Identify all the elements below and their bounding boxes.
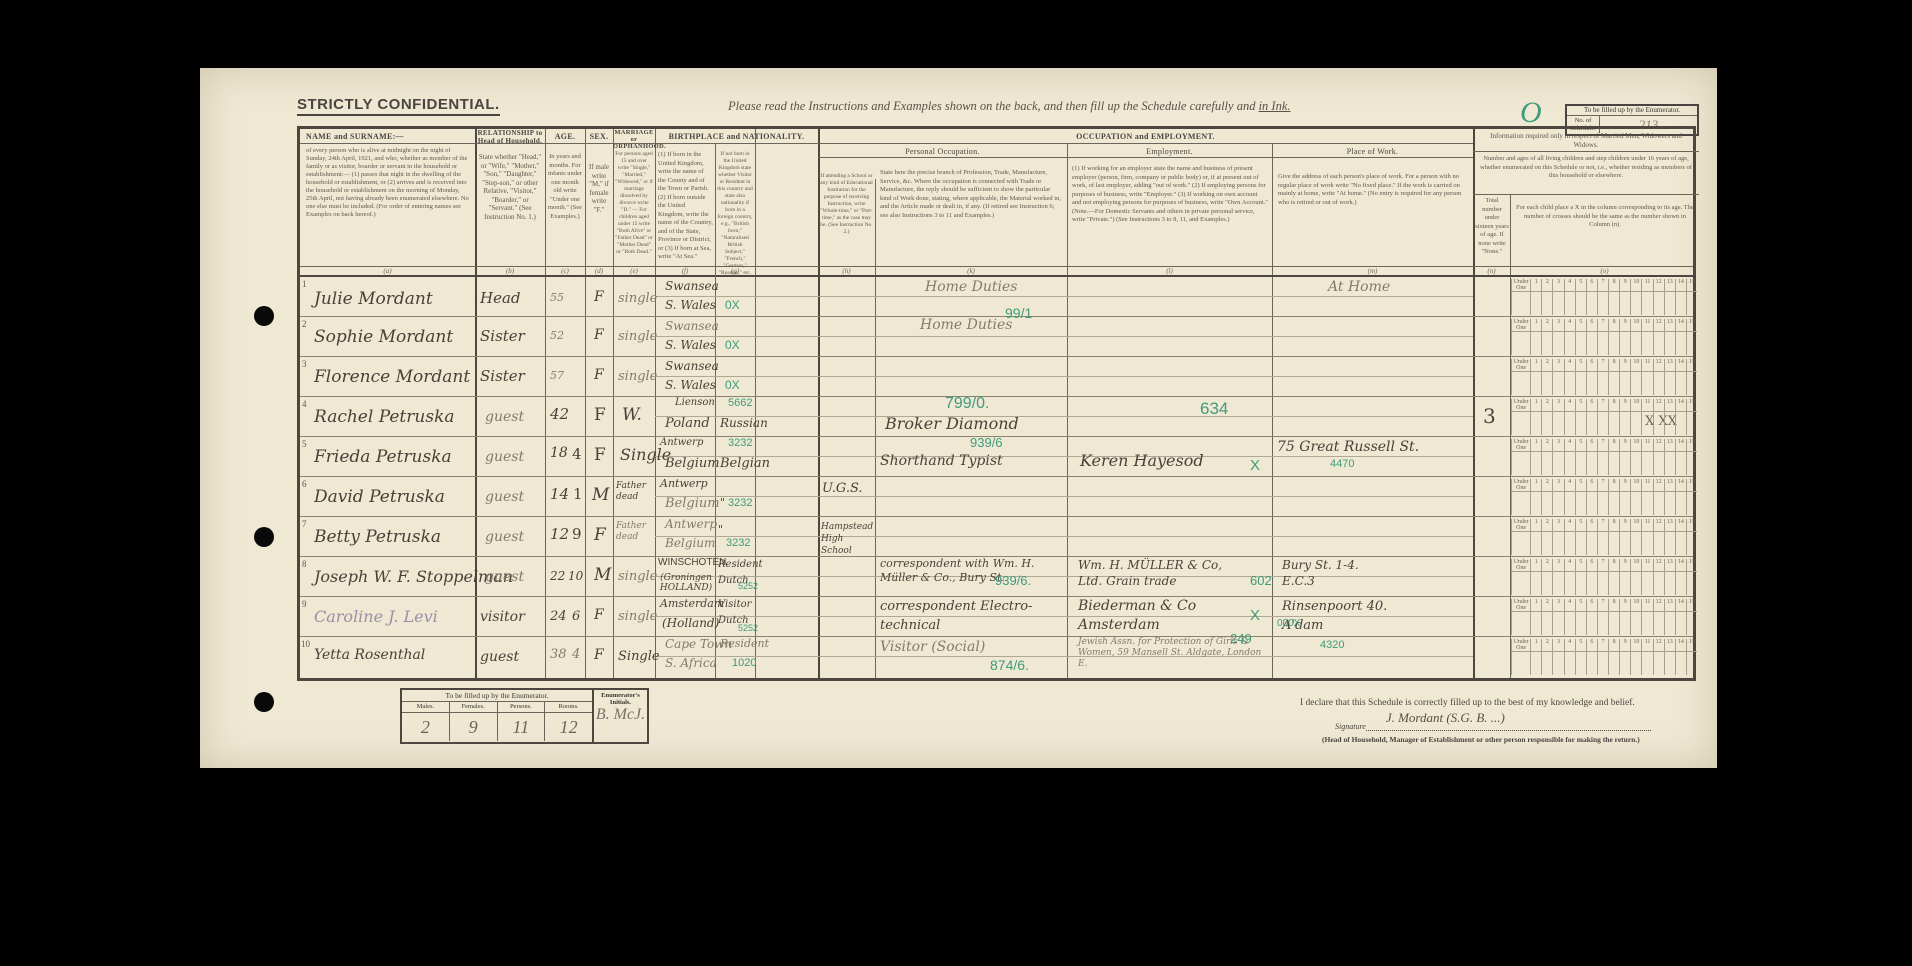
- nationality: ": [720, 496, 725, 509]
- age-label: 13: [1664, 639, 1675, 651]
- age-label: 1: [1530, 399, 1541, 411]
- age-label: Under One: [1511, 319, 1530, 331]
- age-label: 2: [1541, 599, 1552, 611]
- signature-line: SignatureJ. Mordant (S.G. B. ...): [1335, 718, 1651, 731]
- row-number: 1: [302, 279, 307, 289]
- header-child-ages-text: For each child place a X in the column c…: [1515, 204, 1695, 230]
- relationship: guest: [485, 409, 524, 425]
- age-label: 4: [1564, 639, 1575, 651]
- header-personal-occupation: Personal Occupation.: [818, 147, 1067, 156]
- age-label: 13: [1664, 559, 1675, 571]
- header-relationship: RELATIONSHIP to Head of Household.: [475, 129, 545, 145]
- age-label: Under One: [1511, 439, 1530, 451]
- age-label: 8: [1608, 439, 1619, 451]
- initials-label: Enumerator's Initials.: [594, 690, 647, 706]
- rule: [655, 336, 1473, 337]
- persons-label: Persons.: [498, 702, 545, 713]
- person-name: Betty Petruska: [314, 527, 441, 547]
- birthplace-town: Antwerp: [660, 437, 703, 448]
- age-columns-cells: [1511, 492, 1697, 515]
- occupation-code: 799/0.: [945, 395, 989, 413]
- employment-code: 634: [1200, 399, 1228, 419]
- age-label: 5: [1575, 639, 1586, 651]
- divider: [1272, 143, 1273, 678]
- birthplace-town: Swansea: [665, 359, 719, 373]
- age-label: 8: [1608, 319, 1619, 331]
- enumerator-totals-title: To be filled up by the Enumerator.: [402, 690, 592, 702]
- age-label: 2: [1541, 359, 1552, 371]
- school-attendance: U.G.S.: [822, 481, 863, 496]
- age-label: 6: [1586, 559, 1597, 571]
- person-name: Rachel Petruska: [314, 407, 455, 427]
- age-columns-header: Under One123456789101112131415: [1511, 359, 1697, 372]
- males-count: 2: [402, 713, 449, 741]
- marital-status: Father dead: [616, 481, 652, 503]
- age-label: 3: [1552, 399, 1563, 411]
- age-label: 15: [1686, 279, 1697, 291]
- males-label: Males.: [402, 702, 449, 713]
- divider: [875, 179, 876, 678]
- age-label: 3: [1552, 519, 1563, 531]
- age-months: 10: [568, 569, 583, 583]
- declaration-text: I declare that this Schedule is correctl…: [1300, 698, 1635, 708]
- rule: [300, 516, 1693, 517]
- row-number: 3: [302, 359, 307, 369]
- age-label: 1: [1530, 559, 1541, 571]
- marital-status: single: [618, 609, 657, 624]
- age-label: Under One: [1511, 599, 1530, 611]
- age-columns-header: Under One123456789101112131415: [1511, 639, 1697, 652]
- col-letter: (m): [1272, 267, 1473, 275]
- age-months: 4: [572, 647, 580, 662]
- person-name: David Petruska: [314, 487, 445, 507]
- age-label: 13: [1664, 359, 1675, 371]
- age-label: 4: [1564, 559, 1575, 571]
- age-label: 6: [1586, 439, 1597, 451]
- rule: [655, 656, 1473, 657]
- age-label: 9: [1619, 319, 1630, 331]
- age-label: 7: [1597, 559, 1608, 571]
- age-columns-cells: [1511, 652, 1697, 675]
- age-label: 13: [1664, 319, 1675, 331]
- employer: Biederman & Co Amsterdam: [1078, 597, 1248, 635]
- rule: [1473, 151, 1699, 152]
- age-label: 14: [1675, 359, 1686, 371]
- header-nationality-text: If not born in the United Kingdom state …: [717, 151, 753, 277]
- header-sex: SEX.: [585, 132, 613, 141]
- header-birthplace: BIRTHPLACE and NATIONALITY.: [655, 132, 818, 141]
- place-code: 4320: [1320, 639, 1344, 651]
- age-label: 14: [1675, 479, 1686, 491]
- age-label: 9: [1619, 559, 1630, 571]
- age-label: 15: [1686, 599, 1697, 611]
- age-label: 9: [1619, 479, 1630, 491]
- age-label: 1: [1530, 599, 1541, 611]
- age-label: 15: [1686, 479, 1697, 491]
- occupation-code: 874/6.: [990, 657, 1029, 673]
- age-label: 8: [1608, 559, 1619, 571]
- rule: [655, 376, 1473, 377]
- person-name: Frieda Petruska: [314, 447, 452, 467]
- header-children-text: Number and ages of all living children a…: [1478, 155, 1694, 181]
- age-label: Under One: [1511, 399, 1530, 411]
- age-years: 24: [550, 609, 567, 624]
- birthplace-country: (Holland): [662, 616, 719, 630]
- employer: Keren Hayesod: [1080, 451, 1204, 470]
- age-label: 10: [1630, 439, 1641, 451]
- age-label: 10: [1630, 639, 1641, 651]
- birthplace-country: S. Wales: [665, 338, 716, 352]
- age-columns-cells: [1511, 332, 1697, 355]
- age-label: 15: [1686, 559, 1697, 571]
- age-label: 13: [1664, 519, 1675, 531]
- age-label: 6: [1586, 279, 1597, 291]
- occupation-code: 99/1: [1005, 305, 1032, 321]
- age-label: 4: [1564, 439, 1575, 451]
- rule: [655, 496, 1473, 497]
- relationship: guest: [480, 649, 519, 665]
- age-label: 14: [1675, 399, 1686, 411]
- age-label: 5: [1575, 399, 1586, 411]
- marital-status: single: [618, 329, 657, 344]
- sex: M: [594, 565, 611, 585]
- age-label: 3: [1552, 639, 1563, 651]
- rule: [818, 157, 1473, 158]
- age-label: 7: [1597, 599, 1608, 611]
- age-label: 14: [1675, 279, 1686, 291]
- relationship: guest: [485, 569, 524, 585]
- occupation: Home Duties: [920, 317, 1012, 333]
- col-letter: (k): [875, 267, 1067, 275]
- rule: [655, 416, 1473, 417]
- enumerator-mark: O: [1520, 96, 1542, 130]
- nationality-code: 5252: [738, 581, 758, 591]
- age-label: 8: [1608, 359, 1619, 371]
- age-label: 3: [1552, 279, 1563, 291]
- age-label: 6: [1586, 519, 1597, 531]
- age-label: 14: [1675, 599, 1686, 611]
- age-label: 14: [1675, 319, 1686, 331]
- header-sex-text: If male write "M," if female write "F.": [587, 163, 611, 214]
- age-label: Under One: [1511, 479, 1530, 491]
- rule: [655, 536, 1473, 537]
- age-label: 12: [1653, 439, 1664, 451]
- header-relationship-text: State whether "Head," or "Wife," "Mother…: [478, 153, 542, 221]
- age-label: 1: [1530, 279, 1541, 291]
- age-label: 11: [1641, 439, 1652, 451]
- header-employment: Employment.: [1067, 147, 1272, 156]
- age-label: 9: [1619, 439, 1630, 451]
- age-label: 5: [1575, 439, 1586, 451]
- age-label: 2: [1541, 279, 1552, 291]
- place-of-work: Rinsenpoort 40. A'dam: [1282, 597, 1417, 635]
- header-name-text: of every person who is alive at midnight…: [306, 147, 471, 219]
- col-letter: (b): [475, 267, 545, 275]
- age-label: 11: [1641, 559, 1652, 571]
- age-columns-header: Under One123456789101112131415: [1511, 279, 1697, 292]
- col-letter: (d): [585, 267, 613, 275]
- age-columns-cells: [1511, 372, 1697, 395]
- person-name: Caroline J. Levi: [314, 607, 438, 626]
- age-label: 1: [1530, 639, 1541, 651]
- sex: F: [594, 525, 606, 545]
- occupation: Home Duties: [925, 279, 1017, 295]
- age-label: 7: [1597, 519, 1608, 531]
- person-name: Joseph W. F. Stoppelman: [314, 567, 513, 586]
- col-letter: (n): [1473, 267, 1510, 275]
- instruction-ink: in Ink.: [1259, 99, 1291, 113]
- age-label: 12: [1653, 639, 1664, 651]
- age-label: 10: [1630, 559, 1641, 571]
- employment-code: 602: [1250, 573, 1272, 588]
- age-label: 11: [1641, 399, 1652, 411]
- divider: [1067, 143, 1068, 678]
- occupation: Broker Diamond: [885, 414, 1019, 433]
- age-label: 8: [1608, 599, 1619, 611]
- sex: F: [594, 327, 604, 343]
- nationality-code: 3232: [728, 437, 752, 449]
- age-label: 15: [1686, 439, 1697, 451]
- birthplace-town: WINSCHOTEN: [658, 557, 726, 568]
- marital-status: W.: [622, 405, 642, 425]
- birthplace-country: Belgium: [665, 456, 720, 471]
- age-months: 9: [572, 525, 582, 543]
- place-code: 000X: [1277, 618, 1300, 629]
- signature-note: (Head of Household, Manager of Establish…: [1322, 735, 1640, 744]
- age-label: 5: [1575, 599, 1586, 611]
- sex: F: [594, 445, 606, 465]
- age-label: 6: [1586, 359, 1597, 371]
- confidential-label: STRICTLY CONFIDENTIAL.: [297, 96, 500, 116]
- age-years: 14: [550, 485, 569, 503]
- age-columns-cells: [1511, 532, 1697, 555]
- age-label: 2: [1541, 519, 1552, 531]
- place-of-work: 75 Great Russell St.: [1277, 439, 1419, 455]
- age-months: 1: [573, 485, 583, 503]
- rule: [1473, 194, 1699, 195]
- age-label: 13: [1664, 439, 1675, 451]
- age-months: 4: [572, 445, 582, 463]
- age-label: 9: [1619, 519, 1630, 531]
- marital-status: Single: [618, 649, 660, 664]
- age-label: 15: [1686, 639, 1697, 651]
- age-label: 2: [1541, 439, 1552, 451]
- row-number: 6: [302, 479, 307, 489]
- age-years: 42: [550, 405, 569, 423]
- header-employment-text: (1) If working for an employer state the…: [1072, 165, 1268, 225]
- age-label: 11: [1641, 519, 1652, 531]
- age-label: 3: [1552, 319, 1563, 331]
- age-years: 57: [550, 369, 564, 382]
- age-label: 10: [1630, 519, 1641, 531]
- age-label: 2: [1541, 559, 1552, 571]
- age-label: 10: [1630, 399, 1641, 411]
- header-age-text: In years and months. For infants under o…: [547, 153, 583, 221]
- age-label: 4: [1564, 519, 1575, 531]
- age-months: 6: [572, 609, 580, 624]
- birthplace-country: Poland: [665, 416, 710, 431]
- age-label: 7: [1597, 399, 1608, 411]
- place-code: 4470: [1330, 458, 1354, 470]
- age-label: 15: [1686, 519, 1697, 531]
- age-label: Under One: [1511, 639, 1530, 651]
- age-label: 9: [1619, 599, 1630, 611]
- col-letter: (h): [818, 267, 875, 275]
- employment-code: 249: [1230, 631, 1252, 646]
- age-label: 5: [1575, 479, 1586, 491]
- birthplace-town: Lienson: [675, 397, 715, 408]
- census-table: NAME and SURNAME:— RELATIONSHIP to Head …: [297, 126, 1696, 681]
- age-columns-header: Under One123456789101112131415: [1511, 399, 1697, 412]
- rule: [818, 143, 1473, 144]
- age-years: 55: [550, 291, 564, 304]
- age-label: 13: [1664, 399, 1675, 411]
- age-label: 10: [1630, 279, 1641, 291]
- header-age: AGE.: [545, 132, 585, 141]
- punch-hole: [254, 527, 274, 547]
- age-label: 4: [1564, 599, 1575, 611]
- age-label: Under One: [1511, 559, 1530, 571]
- age-label: 13: [1664, 279, 1675, 291]
- sex: F: [594, 405, 606, 425]
- row-number: 7: [302, 519, 307, 529]
- age-label: 12: [1653, 359, 1664, 371]
- nationality-code: 0X: [725, 298, 740, 312]
- age-columns-header: Under One123456789101112131415: [1511, 439, 1697, 452]
- header-name: NAME and SURNAME:—: [300, 132, 481, 141]
- rule: [300, 143, 475, 144]
- children-total: 3: [1483, 404, 1496, 428]
- birthplace-town: Amsterdam: [660, 597, 724, 610]
- col-letter: (f): [655, 267, 715, 275]
- instruction-line: Please read the Instructions and Example…: [728, 99, 1291, 114]
- age-label: 10: [1630, 359, 1641, 371]
- age-label: Under One: [1511, 279, 1530, 291]
- age-label: 14: [1675, 519, 1686, 531]
- nationality-code: 0X: [725, 338, 740, 352]
- rule: [300, 476, 1693, 477]
- age-label: 11: [1641, 639, 1652, 651]
- occupation-code: 939/6.: [995, 573, 1031, 588]
- age-label: 5: [1575, 359, 1586, 371]
- age-label: 8: [1608, 639, 1619, 651]
- age-label: 9: [1619, 359, 1630, 371]
- birthplace-country: Belgium: [665, 496, 720, 511]
- nationality: Russian: [720, 416, 768, 430]
- relationship: guest: [485, 529, 524, 545]
- age-label: 10: [1630, 479, 1641, 491]
- person-name: Florence Mordant: [314, 367, 470, 387]
- age-label: 12: [1653, 559, 1664, 571]
- age-years: 38: [550, 647, 567, 662]
- age-label: 3: [1552, 479, 1563, 491]
- birthplace-country: S. Africa: [665, 656, 717, 670]
- row-number: 9: [302, 599, 307, 609]
- sex: F: [594, 647, 604, 663]
- header-birthplace-text: (1) If born in the United Kingdom, write…: [658, 151, 713, 262]
- age-label: 12: [1653, 279, 1664, 291]
- employment-code: X: [1250, 607, 1260, 624]
- header-place-text: Give the address of each person's place …: [1278, 173, 1468, 207]
- row-number: 4: [302, 399, 307, 409]
- age-label: 9: [1619, 399, 1630, 411]
- col-letter: (g): [715, 267, 755, 275]
- age-label: 12: [1653, 399, 1664, 411]
- row-number: 2: [302, 319, 307, 329]
- age-columns-header: Under One123456789101112131415: [1511, 599, 1697, 612]
- age-label: 14: [1675, 639, 1686, 651]
- instruction-text: Please read the Instructions and Example…: [728, 99, 1259, 113]
- header-marriage-text: For persons aged 15 and over write "Sing…: [615, 151, 653, 256]
- occupation: correspondent Electro-technical: [880, 597, 1060, 635]
- marital-status: single: [618, 369, 657, 384]
- rooms-label: Rooms.: [545, 702, 592, 713]
- age-label: 1: [1530, 319, 1541, 331]
- row-number: 10: [301, 639, 310, 649]
- age-label: 8: [1608, 399, 1619, 411]
- age-label: 3: [1552, 439, 1563, 451]
- relationship: Sister: [480, 327, 525, 345]
- marital-status: single: [618, 569, 657, 584]
- age-label: 5: [1575, 319, 1586, 331]
- relationship: guest: [485, 449, 524, 465]
- age-label: 3: [1552, 559, 1563, 571]
- age-label: 12: [1653, 599, 1664, 611]
- age-label: 8: [1608, 279, 1619, 291]
- age-label: 12: [1653, 479, 1664, 491]
- punch-hole: [254, 306, 274, 326]
- age-columns-cells: [1511, 412, 1697, 435]
- row-number: 5: [302, 439, 307, 449]
- age-label: 7: [1597, 439, 1608, 451]
- age-label: 11: [1641, 479, 1652, 491]
- school-attendance: Hampstead High School: [821, 521, 873, 557]
- enumerator-initials: B. McJ.: [594, 706, 647, 724]
- birthplace-town: Swansea: [665, 319, 719, 333]
- schedule-box-title: To be filled up by the Enumerator.: [1567, 106, 1697, 116]
- header-place-of-work: Place of Work.: [1272, 147, 1473, 156]
- age-label: 4: [1564, 359, 1575, 371]
- marital-status: single: [618, 291, 657, 306]
- age-years: 52: [550, 329, 564, 342]
- age-label: 1: [1530, 359, 1541, 371]
- age-label: 15: [1686, 359, 1697, 371]
- age-label: 11: [1641, 359, 1652, 371]
- age-label: 12: [1653, 319, 1664, 331]
- age-columns-cells: [1511, 612, 1697, 635]
- age-years: 18: [550, 445, 568, 461]
- nationality-code: 3232: [728, 497, 752, 509]
- employment-code: X: [1250, 457, 1260, 474]
- age-label: 5: [1575, 559, 1586, 571]
- col-letter: (l): [1067, 267, 1272, 275]
- age-years: 22: [550, 569, 565, 583]
- enumerator-totals-box: To be filled up by the Enumerator. Males…: [400, 688, 649, 744]
- marital-status: Father dead: [616, 521, 652, 543]
- age-label: 4: [1564, 279, 1575, 291]
- age-label: 6: [1586, 319, 1597, 331]
- age-label: Under One: [1511, 519, 1530, 531]
- rule: [300, 636, 1693, 637]
- col-letter: (c): [545, 267, 585, 275]
- age-years: 12: [550, 525, 569, 543]
- birthplace-town: Antwerp: [660, 477, 708, 490]
- age-columns-cells: [1511, 452, 1697, 475]
- age-columns-header: Under One123456789101112131415: [1511, 559, 1697, 572]
- punch-hole: [254, 692, 274, 712]
- sex: F: [594, 289, 604, 305]
- age-label: 11: [1641, 319, 1652, 331]
